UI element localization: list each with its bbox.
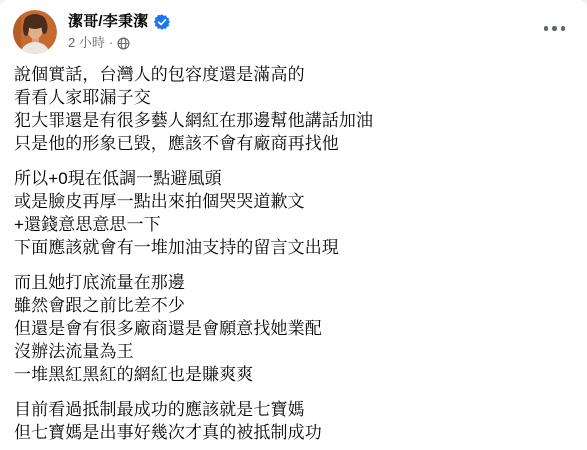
meta-row: 2 小時 · xyxy=(68,34,170,52)
facebook-post-card: 潔哥/李秉潔 2 小時 · xyxy=(0,0,587,450)
post-paragraph: 目前看過抵制最成功的應該就是七寶媽 但七寶媽是出事好幾次才真的被抵制成功 xyxy=(14,398,573,444)
post-text-line: 只是他的形象已毀，應該不會有廠商再找他 xyxy=(14,132,573,155)
post-header: 潔哥/李秉潔 2 小時 · xyxy=(0,0,587,54)
post-text-line: 犯大罪還是有很多藝人網紅在那邊幫他講話加油 xyxy=(14,109,573,132)
post-paragraph: 說個實話，台灣人的包容度還是滿高的 看看人家耶漏子交 犯大罪還是有很多藝人網紅在… xyxy=(14,63,573,155)
post-text-line: 但還是會有很多廠商還是會願意找她業配 xyxy=(14,317,573,340)
page-name-link[interactable]: 潔哥/李秉潔 xyxy=(68,12,148,32)
post-text-line: 目前看過抵制最成功的應該就是七寶媽 xyxy=(14,398,573,421)
globe-privacy-icon xyxy=(117,37,130,50)
post-text-line: 雖然會跟之前比差不少 xyxy=(14,294,573,317)
verified-badge-icon xyxy=(154,14,170,30)
post-body: 說個實話，台灣人的包容度還是滿高的 看看人家耶漏子交 犯大罪還是有很多藝人網紅在… xyxy=(0,54,587,444)
post-paragraph: 所以+0現在低調一點避風頭 或是臉皮再厚一點出來拍個哭哭道歉文 +還錢意思意思一… xyxy=(14,167,573,259)
post-text-line: 沒辦法流量為王 xyxy=(14,340,573,363)
post-text-line: 看看人家耶漏子交 xyxy=(14,86,573,109)
post-text-line: +還錢意思意思一下 xyxy=(14,213,573,236)
post-text-line: 所以+0現在低調一點避風頭 xyxy=(14,167,573,190)
more-options-icon xyxy=(544,26,549,31)
avatar-image xyxy=(13,10,57,54)
avatar[interactable] xyxy=(13,10,57,54)
post-text-line: 下面應該就會有一堆加油支持的留言文出現 xyxy=(14,236,573,259)
header-info: 潔哥/李秉潔 2 小時 · xyxy=(68,10,170,52)
name-row: 潔哥/李秉潔 xyxy=(68,12,170,32)
post-text-line: 說個實話，台灣人的包容度還是滿高的 xyxy=(14,63,573,86)
meta-separator: · xyxy=(109,34,113,52)
timestamp-link[interactable]: 2 小時 xyxy=(68,34,105,52)
more-options-button[interactable] xyxy=(538,18,572,39)
post-text-line: 一堆黑紅黑紅的網紅也是賺爽爽 xyxy=(14,363,573,386)
post-text-line: 而且她打底流量在那邊 xyxy=(14,271,573,294)
post-text-line: 或是臉皮再厚一點出來拍個哭哭道歉文 xyxy=(14,190,573,213)
post-paragraph: 而且她打底流量在那邊 雖然會跟之前比差不少 但還是會有很多廠商還是會願意找她業配… xyxy=(14,271,573,386)
post-text-line: 但七寶媽是出事好幾次才真的被抵制成功 xyxy=(14,421,573,444)
